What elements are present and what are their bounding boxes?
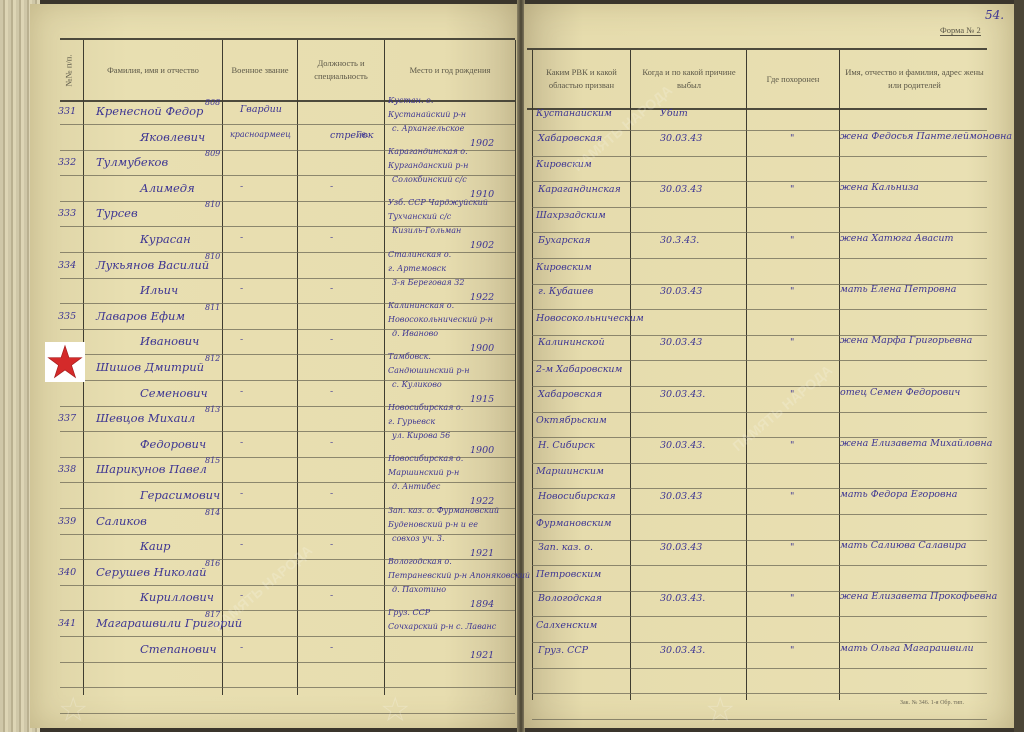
- printer-mark: Зак. № 346. 1-я Обр. тип.: [900, 700, 964, 706]
- record-birth-year: 1902: [470, 240, 494, 251]
- record-birth-line3: д. Иваново: [392, 329, 438, 338]
- record-date: 30.03.43.: [660, 645, 705, 656]
- record-patronymic: Степанович: [140, 642, 217, 656]
- header-number-label: №№ п/п.: [63, 54, 76, 86]
- record-birth-line3: д. Антибес: [392, 482, 440, 491]
- row-rule: [60, 354, 515, 355]
- page-number: 54.: [985, 8, 1004, 22]
- record-rank-line2: красноармеец: [230, 130, 291, 139]
- header-birth: Место и год рождения: [386, 40, 514, 100]
- record-patronymic: Кириллович: [140, 590, 214, 604]
- record-birth-year: 1921: [470, 548, 494, 559]
- record-number: 335: [58, 311, 76, 322]
- record-number: 341: [58, 618, 76, 629]
- record-patronymic: Герасимович: [140, 488, 220, 502]
- row-rule: [60, 610, 515, 611]
- row-rule: [532, 156, 987, 157]
- record-patronymic: Алимедя: [140, 181, 195, 195]
- row-rule: [532, 360, 987, 361]
- row-rule: [60, 534, 515, 535]
- record-id-mark: 810: [205, 252, 220, 261]
- record-rvk-region: Зап. каз. о.: [538, 542, 593, 553]
- record-id-mark: 808: [205, 98, 220, 107]
- header-relatives: Имя, отчество и фамилия, адрес жены или …: [842, 50, 987, 108]
- record-surname: Шевцов Михаил: [96, 411, 195, 425]
- record-patronymic: Федорович: [140, 437, 206, 451]
- record-rvk-region: Хабаровская: [538, 389, 602, 400]
- record-number: 332: [58, 157, 76, 168]
- record-surname: Лукьянов Василий: [96, 258, 209, 272]
- record-rvk-region: Хабаровская: [538, 133, 602, 144]
- record-rank: -: [240, 437, 243, 448]
- record-rvk-region: Новосибирская: [538, 491, 616, 502]
- record-surname: Шарикунов Павел: [96, 462, 207, 476]
- record-birth-line1: Вологодская о.: [388, 557, 452, 566]
- record-rvk-region: Калининской: [538, 337, 605, 348]
- record-rvk-region: Карагандинская: [538, 184, 621, 195]
- record-birth-line2: Кустанайский р-н: [388, 110, 466, 119]
- record-birth-line1: Груз. ССР: [388, 608, 430, 617]
- record-number: 333: [58, 208, 76, 219]
- record-birth-line2: Курганданский р-н: [388, 161, 468, 170]
- record-birth-year: 1900: [470, 343, 494, 354]
- row-rule: [532, 463, 987, 464]
- record-patronymic: Курасан: [140, 232, 191, 246]
- header-rank: Военное звание: [229, 40, 291, 100]
- header-rvk: Каким РВК и какой областью призван: [534, 50, 629, 108]
- row-rule: [532, 258, 987, 259]
- record-date: 30.03.43.: [660, 593, 705, 604]
- record-birth-line2: Новосокольнический р-н: [388, 315, 493, 324]
- row-rule: [60, 482, 515, 483]
- record-number: 331: [58, 106, 76, 117]
- record-rvk-district: Петровским: [536, 569, 601, 580]
- record-birth-line3: с. Куликово: [392, 380, 442, 389]
- row-rule: [60, 636, 515, 637]
- record-number: 338: [58, 464, 76, 475]
- record-rvk-district: Новосокольническим: [536, 313, 644, 324]
- record-relative: жена Федосья Пантелеймоновна: [840, 131, 1012, 142]
- col-rule: [222, 40, 223, 695]
- row-rule: [532, 668, 987, 669]
- record-birth-line2: Маршинский р-н: [388, 468, 459, 477]
- record-rvk-region: Бухарская: [538, 235, 591, 246]
- record-surname: Лаваров Ефим: [96, 309, 185, 323]
- row-rule: [532, 719, 987, 720]
- record-rvk-district: Кировским: [536, 262, 592, 273]
- record-relative: жена Кальниза: [840, 182, 919, 193]
- record-date: 30.03.43: [660, 184, 702, 195]
- record-birth-line1: Тамбовск.: [388, 352, 431, 361]
- record-date: Убит: [660, 108, 688, 119]
- record-position-extra: Гв.: [356, 130, 369, 139]
- record-birth-line1: Кустан. о.: [388, 96, 433, 105]
- record-burial: ": [790, 389, 794, 400]
- col-rule: [297, 40, 298, 695]
- record-surname: Турсев: [96, 206, 138, 220]
- record-birth-line1: Новосибирская о.: [388, 403, 463, 412]
- record-rvk-district: Салхенским: [536, 620, 597, 631]
- record-birth-line3: 3-я Береговая 32: [392, 278, 464, 287]
- record-date: 30.03.43: [660, 286, 702, 297]
- record-patronymic: Семенович: [140, 386, 208, 400]
- record-birth-year: 1894: [470, 599, 494, 610]
- record-id-mark: 812: [205, 354, 220, 363]
- record-rank: -: [240, 539, 243, 550]
- record-rvk-region: Вологодская: [538, 593, 602, 604]
- record-birth-line2: Буденовский р-н и ее: [388, 520, 478, 529]
- record-relative: мать Салиюва Салавира: [840, 540, 966, 551]
- record-birth-line2: Сандюшинский р-н: [388, 366, 469, 375]
- record-burial: ": [790, 133, 794, 144]
- record-birth-line1: Узб. ССР Чарджуйский: [388, 198, 488, 207]
- record-id-mark: 813: [205, 405, 220, 414]
- record-position: -: [330, 334, 333, 345]
- col-rule: [532, 50, 533, 700]
- record-birth-line2: Сочхарский р-н с. Лаванс: [388, 622, 496, 631]
- record-date: 30.3.43.: [660, 235, 699, 246]
- col-rule: [746, 50, 747, 700]
- record-burial: ": [790, 542, 794, 553]
- record-rank: -: [240, 283, 243, 294]
- record-patronymic: Яковлевич: [140, 130, 205, 144]
- record-birth-line3: совхоз уч. 3.: [392, 534, 445, 543]
- record-birth-line2: Петраневский р-н Апоняковский: [388, 571, 530, 580]
- record-date-line2: 30.03.43: [660, 133, 702, 144]
- record-relative: мать Федора Егоровна: [840, 489, 957, 500]
- record-surname: Шишов Дмитрий: [96, 360, 204, 374]
- record-position: -: [330, 590, 333, 601]
- record-surname: Кренесной Федор: [96, 104, 203, 118]
- record-id-mark: 814: [205, 508, 220, 517]
- record-relative: мать Елена Петровна: [840, 284, 956, 295]
- memorial-star-badge[interactable]: [45, 342, 85, 382]
- record-relative: жена Елизавета Прокофьевна: [840, 591, 997, 602]
- row-rule: [60, 687, 515, 688]
- record-birth-line3: ул. Кирова 56: [392, 431, 450, 440]
- record-surname: Тулмубеков: [96, 155, 168, 169]
- record-relative: жена Хатюга Авасит: [840, 233, 953, 244]
- record-id-mark: 816: [205, 559, 220, 568]
- row-rule: [60, 713, 515, 714]
- record-number: 340: [58, 567, 76, 578]
- record-rvk-region: г. Кубашев: [538, 286, 593, 297]
- record-birth-line1: Сталинская о.: [388, 250, 451, 259]
- col-rule: [515, 40, 516, 695]
- record-position: -: [330, 488, 333, 499]
- record-rvk-district: Шахрзадским: [536, 210, 606, 221]
- record-id-mark: 810: [205, 200, 220, 209]
- record-birth-line3: д. Пахотино: [392, 585, 446, 594]
- record-patronymic: Каир: [140, 539, 171, 553]
- record-surname: Серушев Николай: [96, 565, 207, 579]
- record-burial: ": [790, 645, 794, 656]
- record-position: -: [330, 232, 333, 243]
- record-position: -: [330, 437, 333, 448]
- record-date: 30.03.43: [660, 491, 702, 502]
- record-burial: ": [790, 235, 794, 246]
- row-rule: [60, 329, 515, 330]
- record-burial: ": [790, 440, 794, 451]
- record-rvk-region: Н. Сибирск: [538, 440, 595, 451]
- record-burial: ": [790, 184, 794, 195]
- right-edge: [1014, 0, 1024, 732]
- record-burial: ": [790, 286, 794, 297]
- record-position: -: [330, 539, 333, 550]
- record-rvk-district: Октябрьским: [536, 415, 607, 426]
- record-birth-year: 1921: [470, 650, 494, 661]
- record-patronymic: Ильич: [140, 283, 178, 297]
- record-rank: -: [240, 386, 243, 397]
- red-star-icon: [47, 344, 83, 380]
- header-name: Фамилия, имя и отчество: [84, 40, 222, 100]
- record-rank: Гвардии: [240, 104, 282, 115]
- row-rule: [60, 662, 515, 663]
- record-birth-line1: Карагандинская о.: [388, 147, 468, 156]
- record-rank: -: [240, 232, 243, 243]
- col-rule: [384, 40, 385, 695]
- record-birth-line3: Кизиль-Гольман: [392, 226, 461, 235]
- row-rule: [532, 565, 987, 566]
- record-rank: -: [240, 488, 243, 499]
- record-position: -: [330, 283, 333, 294]
- header-buried: Где похоронен: [748, 50, 838, 108]
- record-birth-line3: с. Архангельское: [392, 124, 464, 133]
- record-relative: жена Елизавета Михайловна: [840, 438, 992, 449]
- record-rank: -: [240, 590, 243, 601]
- record-rvk-region: Груз. ССР: [538, 645, 588, 656]
- record-date: 30.03.43: [660, 542, 702, 553]
- record-id-mark: 815: [205, 456, 220, 465]
- record-birth-year: 1922: [470, 292, 494, 303]
- header-when-why: Когда и по какой причине выбыл: [634, 50, 744, 108]
- col-rule: [630, 50, 631, 700]
- record-date: 30.03.43.: [660, 389, 705, 400]
- col-rule: [839, 50, 840, 700]
- record-rvk-district: 2-м Хабаровским: [536, 364, 622, 375]
- record-id-mark: 809: [205, 149, 220, 158]
- record-patronymic: Иванович: [140, 334, 199, 348]
- record-relative: жена Марфа Григорьевна: [840, 335, 972, 346]
- record-rank: -: [240, 334, 243, 345]
- row-rule: [60, 585, 515, 586]
- record-birth-line2: Тухчанский с/с: [388, 212, 451, 221]
- record-burial: ": [790, 593, 794, 604]
- record-birth-year: 1915: [470, 394, 494, 405]
- row-rule: [532, 309, 987, 310]
- record-number: 337: [58, 413, 76, 424]
- form-label: Форма № 2: [940, 25, 981, 36]
- record-date: 30.03.43: [660, 337, 702, 348]
- record-rank: -: [240, 642, 243, 653]
- record-birth-line2: г. Гурьевск: [388, 417, 435, 426]
- row-rule: [532, 207, 987, 208]
- record-date: 30.03.43.: [660, 440, 705, 451]
- record-rvk-district: Кировским: [536, 159, 592, 170]
- record-id-mark: 811: [205, 303, 220, 312]
- record-surname: Саликов: [96, 514, 147, 528]
- ledger-book: №№ п/п. Фамилия, имя и отчество Военное …: [0, 0, 1024, 732]
- row-rule: [532, 616, 987, 617]
- record-id-mark: 817: [205, 610, 220, 619]
- record-rank: -: [240, 181, 243, 192]
- record-birth-line1: Зап. каз. о. Фурмановский: [388, 506, 499, 515]
- record-number: 334: [58, 260, 76, 271]
- record-birth-line1: Калининская о.: [388, 301, 454, 310]
- row-rule: [532, 514, 987, 515]
- record-rvk-district: Кустанайским: [536, 108, 612, 119]
- record-relative: отец Семен Федорович: [840, 387, 960, 398]
- record-relative: мать Ольга Магарашвили: [840, 643, 974, 654]
- record-number: 339: [58, 516, 76, 527]
- record-birth-year: 1900: [470, 445, 494, 456]
- record-position: -: [330, 181, 333, 192]
- record-burial: ": [790, 337, 794, 348]
- row-rule: [60, 380, 515, 381]
- record-position: -: [330, 386, 333, 397]
- header-bottom-rule: [60, 100, 515, 102]
- record-burial: ": [790, 491, 794, 502]
- header-number: №№ п/п.: [55, 40, 83, 100]
- record-birth-line2: г. Артемовск: [388, 264, 446, 273]
- row-rule: [532, 693, 987, 694]
- record-birth-line1: Новосибирская о.: [388, 454, 463, 463]
- record-position: -: [330, 642, 333, 653]
- record-rvk-district: Маршинским: [536, 466, 604, 477]
- record-rvk-district: Фурмановским: [536, 518, 612, 529]
- record-birth-line3: Солокбинский с/с: [392, 175, 467, 184]
- record-birth-year: 1902: [470, 138, 494, 149]
- header-position: Должность и специальность: [300, 40, 382, 100]
- row-rule: [532, 412, 987, 413]
